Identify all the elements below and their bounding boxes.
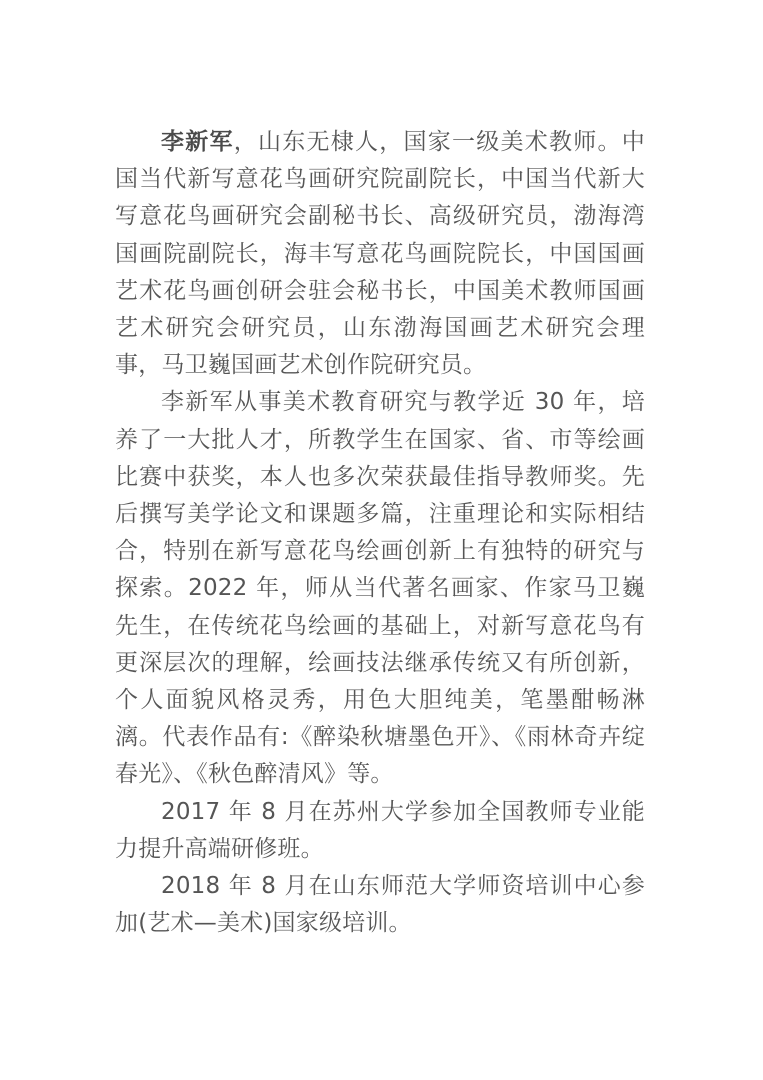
paragraph-training-2018: 2018 年 8 月在山东师范大学师资培训中心参加(艺术—美术)国家级培训。 [115,868,645,942]
paragraph-text: ，山东无棣人，国家一级美术教师。中国当代新写意花鸟画研究院副院长，中国当代新大写… [115,129,645,378]
paragraph-career: 李新军从事美术教育研究与教学近 30 年，培养了一大批人才，所教学生在国家、省、… [115,384,645,793]
paragraph-text: 李新军从事美术教育研究与教学近 30 年，培养了一大批人才，所教学生在国家、省、… [115,389,645,787]
artist-name: 李新军 [161,129,234,155]
paragraph-text: 2018 年 8 月在山东师范大学师资培训中心参加(艺术—美术)国家级培训。 [115,873,645,936]
paragraph-text: 2017 年 8 月在苏州大学参加全国教师专业能力提升高端研修班。 [115,799,645,862]
document-body: 李新军，山东无棣人，国家一级美术教师。中国当代新写意花鸟画研究院副院长，中国当代… [115,124,645,942]
paragraph-bio: 李新军，山东无棣人，国家一级美术教师。中国当代新写意花鸟画研究院副院长，中国当代… [115,124,645,384]
paragraph-training-2017: 2017 年 8 月在苏州大学参加全国教师专业能力提升高端研修班。 [115,794,645,868]
